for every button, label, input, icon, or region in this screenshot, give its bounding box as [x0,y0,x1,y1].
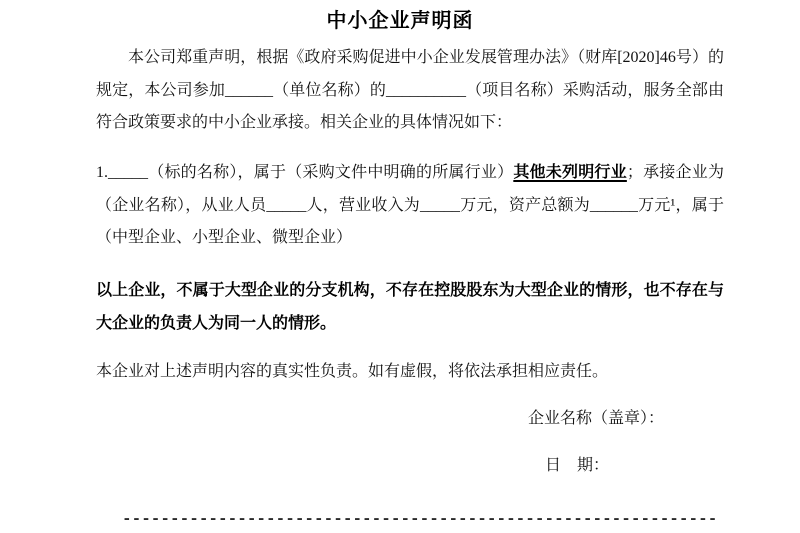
item1-text-start: 1._____（标的名称），属于（采购文件中明确的所属行业） [96,164,513,181]
document-title: 中小企业声明函 [0,4,800,33]
document-page: 中小企业声明函 本公司郑重声明，根据《政府采购促进中小企业发展管理办法》（财库[… [0,0,800,533]
company-seal-label: 企业名称（盖章）： [528,403,664,436]
paragraph-declaration: 以上企业，不属于大型企业的分支机构，不存在控股股东为大型企业的情形，也不存在与大… [96,275,724,340]
footnote-divider: ----------------------------------------… [122,510,762,528]
date-label: 日 期： [545,450,609,483]
paragraph-item1: 1._____（标的名称），属于（采购文件中明确的所属行业）其他未列明行业；承接… [96,157,724,255]
paragraph-intro: 本公司郑重声明，根据《政府采购促进中小企业发展管理办法》（财库[2020]46号… [96,42,724,140]
paragraph-responsibility: 本企业对上述声明内容的真实性负责。如有虚假，将依法承担相应责任。 [96,356,724,389]
item1-industry-highlight: 其他未列明行业 [513,164,627,181]
